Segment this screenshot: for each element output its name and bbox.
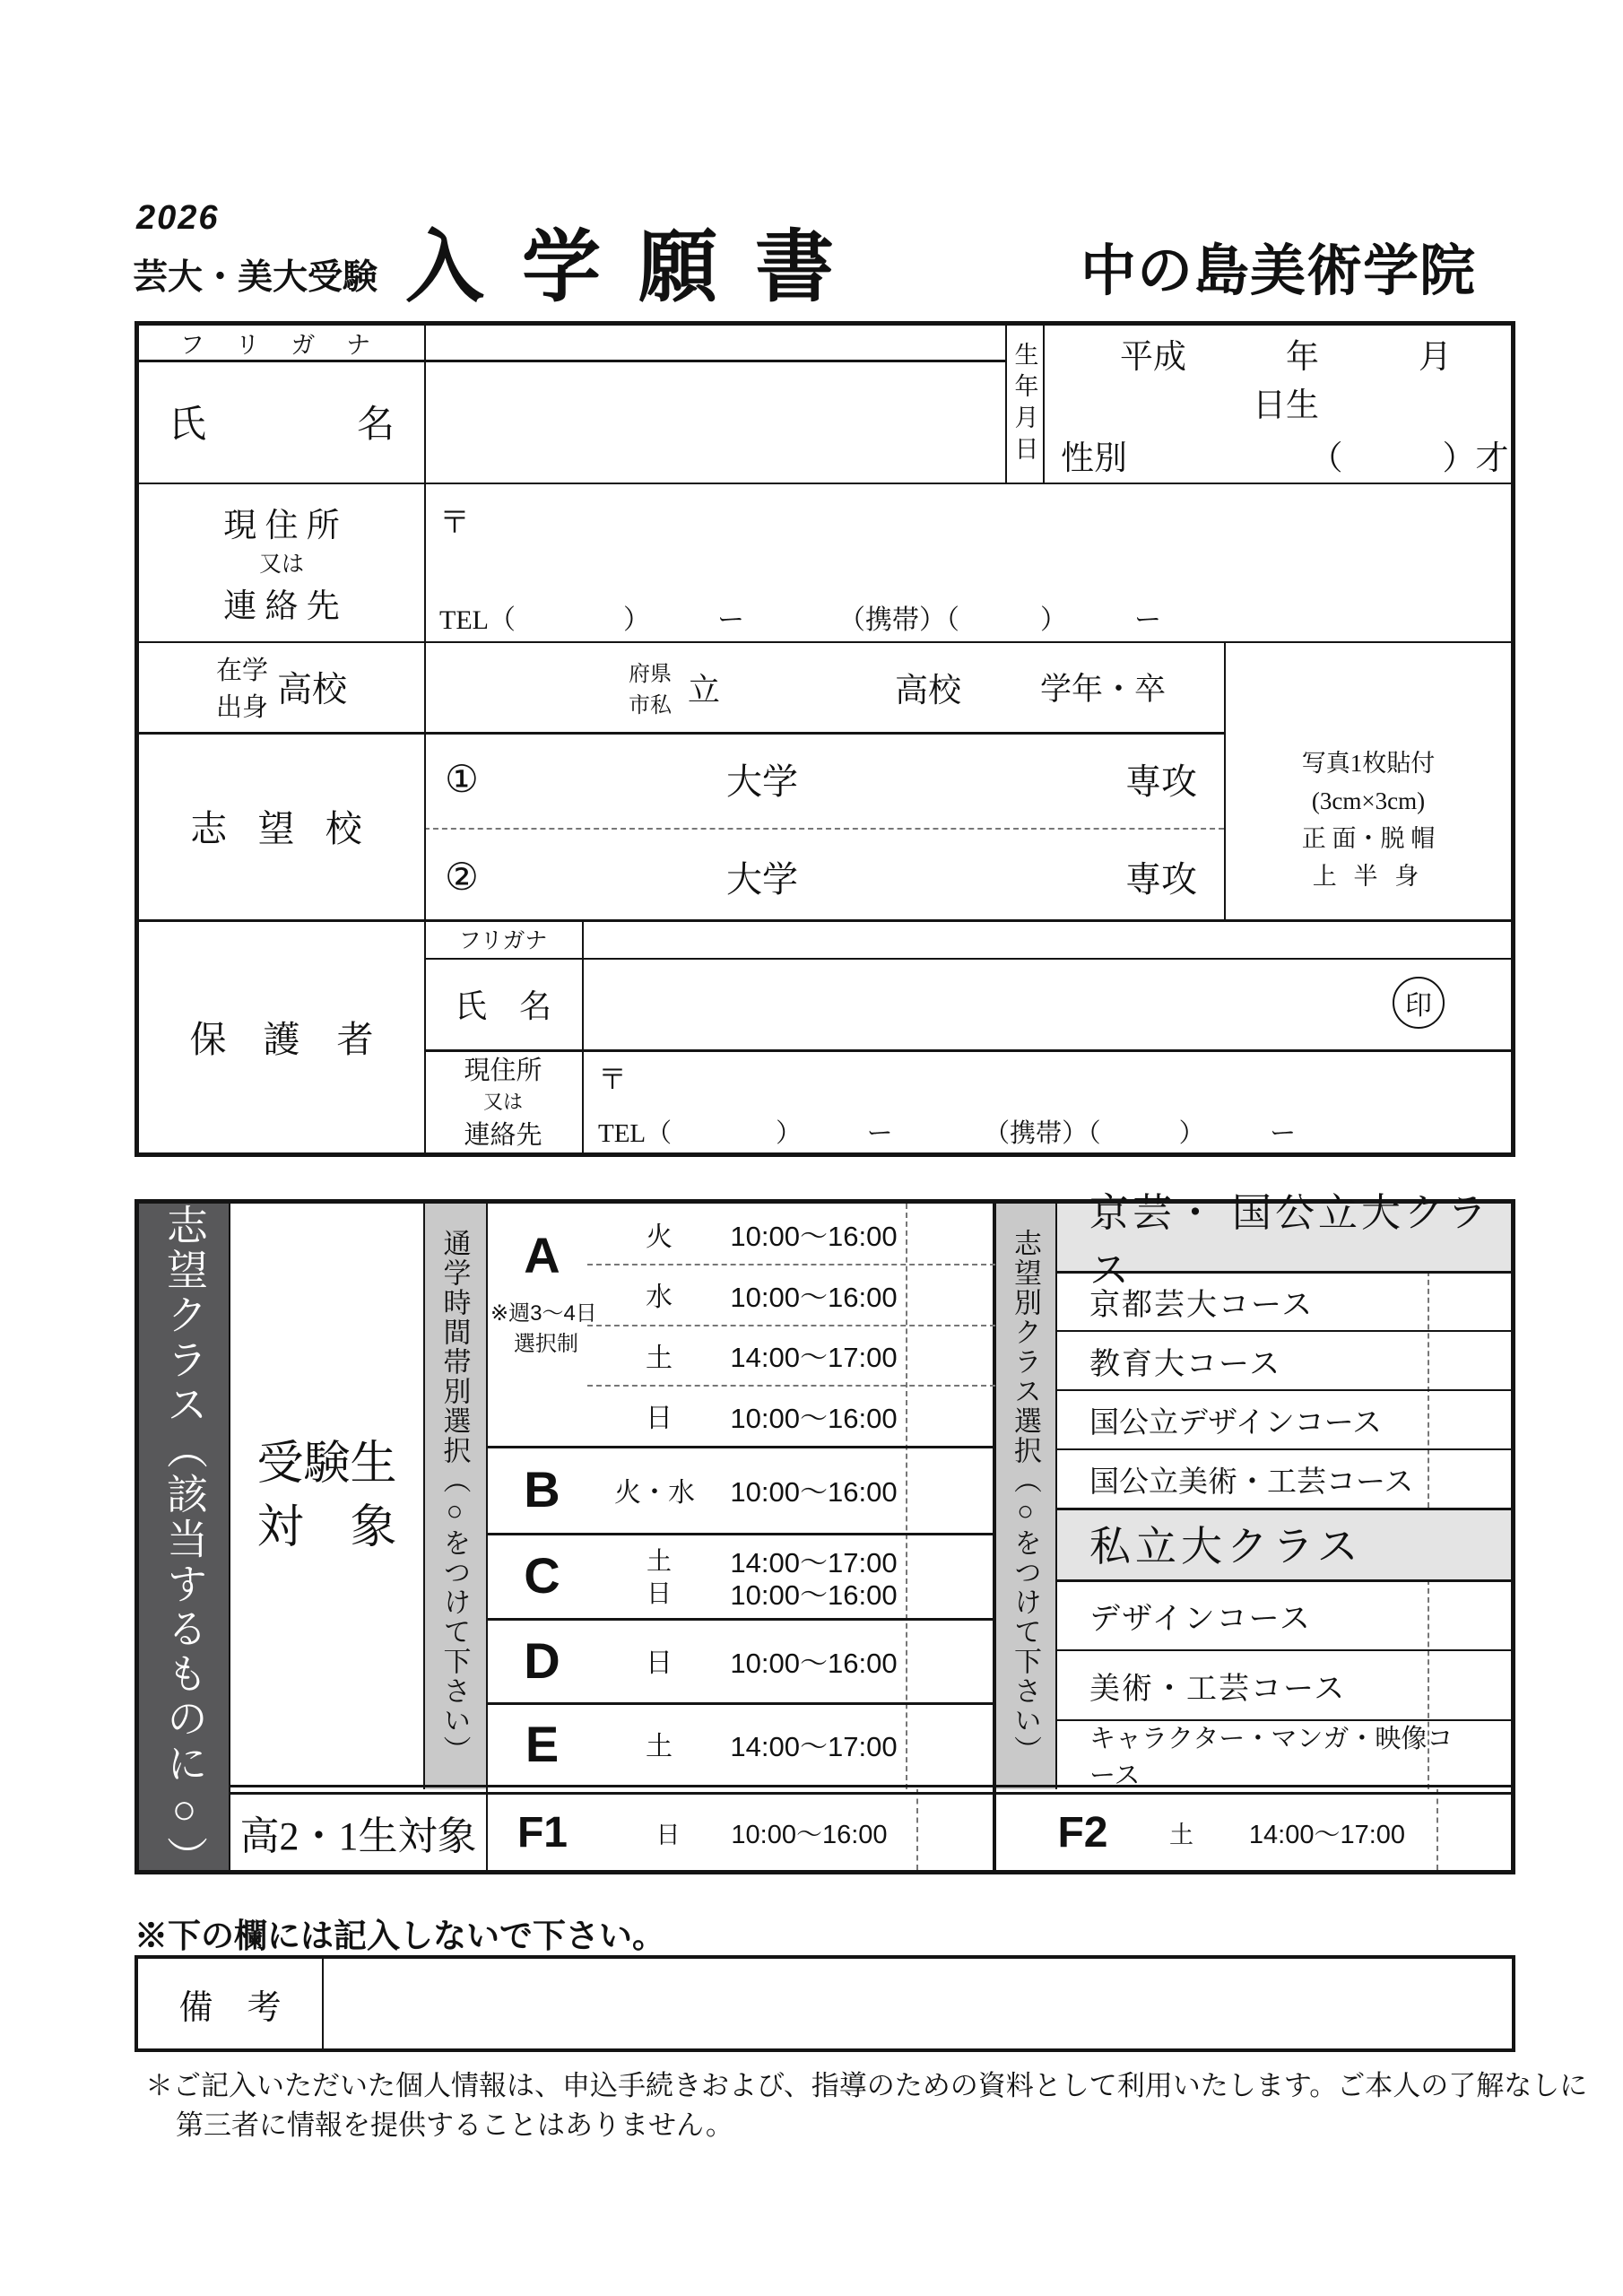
class-a-day-3: 日 [596, 1385, 722, 1446]
course-item[interactable]: 教育大コース [1055, 1332, 1457, 1389]
tel-line[interactable]: TEL（ ） ー （携帯）（ ） ー [439, 597, 1161, 637]
guardian-name-label: 氏 名 [424, 958, 582, 1049]
choice1-input[interactable] [493, 741, 713, 822]
photo-note-line4: 上 半 身 [1313, 858, 1425, 896]
class-f2-letter: F2 [1036, 1795, 1130, 1870]
divider [582, 919, 584, 1152]
address-label-line3: 連 絡 先 [223, 578, 340, 627]
form-title: 入 学 願 書 [405, 204, 843, 317]
guardian-address-label-line3: 連絡先 [464, 1115, 542, 1152]
class-c-letter: C [488, 1533, 596, 1618]
guardian-address-label-line1: 現住所 [464, 1050, 542, 1087]
course-group1-header: 京芸・ 国公立大クラス [1055, 1204, 1506, 1271]
course-item[interactable]: 国公立美術・工芸コース [1055, 1450, 1457, 1508]
address-input[interactable] [498, 491, 1502, 590]
furigana-label: フ リ ガ ナ [139, 326, 424, 360]
divider [424, 1049, 1511, 1052]
class-c-day2: 日 [596, 1574, 722, 1610]
course-item[interactable]: 美術・工芸コース [1055, 1651, 1457, 1719]
class-a-day-0: 火 [596, 1204, 722, 1264]
target-hs-label: 高2・1生対象 [230, 1795, 486, 1870]
highschool-label-line2: 出身 [216, 687, 268, 724]
privacy-note-line2: 第三者に情報を提供することはありません。 [176, 2102, 733, 2143]
class-c-day1: 土 [596, 1542, 722, 1578]
applicant-info-table: フ リ ガ ナ 氏 名 生年月日 平成 年 月 日生 性別 （ ）才 現 住 所… [135, 321, 1515, 1157]
school-name-input[interactable] [731, 646, 888, 728]
name-label: 氏 名 [139, 360, 424, 483]
course-selection-area[interactable] [1429, 1271, 1511, 1789]
class-a-time-1: 10:00～16:00 [722, 1264, 906, 1325]
class-a-day-1: 水 [596, 1264, 722, 1325]
photo-note-line2: (3cm×3cm) [1312, 783, 1425, 821]
guardian-furigana-label: フリガナ [424, 919, 582, 958]
target-examinee-line2: 対 象 [256, 1497, 396, 1560]
sidebar-title: 志望クラス（該当するものに○） [139, 1204, 229, 1870]
remarks-box: 備 考 [135, 1955, 1515, 2052]
guardian-address-label: 現住所 又は 連絡先 [424, 1049, 582, 1152]
class-a-time-2: 14:00～17:00 [722, 1325, 906, 1385]
target-examinee-label: 受験生 対 象 [230, 1204, 423, 1789]
guardian-tel-line[interactable]: TEL（ ） ー （携帯）（ ） ー [598, 1113, 1296, 1150]
target-examinee-line1: 受験生 [256, 1433, 396, 1496]
class-f1-day: 日 [637, 1795, 699, 1870]
photo-note-line3: 正 面・脱 帽 [1302, 821, 1436, 858]
choice1-number: ① [435, 741, 489, 817]
time-select-note: 通学時間帯別選択（○をつけて下さい） [423, 1204, 486, 1789]
birthdate-label: 生年月日 [1005, 326, 1045, 483]
guardian-address-label-line2: 又は [483, 1087, 523, 1115]
class-d-letter: D [488, 1618, 596, 1702]
do-not-fill-note: ※下の欄には記入しないで下さい。 [135, 1909, 665, 1957]
class-c-time2: 10:00～16:00 [722, 1574, 906, 1610]
choice2-number: ② [435, 839, 489, 915]
choice1-major-label: 専攻 [1112, 741, 1211, 817]
class-f2-time: 14:00～17:00 [1224, 1795, 1430, 1870]
choice2-input[interactable] [493, 839, 713, 915]
class-e-day: 土 [596, 1702, 722, 1785]
class-b-day: 火・水 [583, 1446, 726, 1533]
class-a-time-3: 10:00～16:00 [722, 1385, 906, 1446]
application-form-page: 2026 芸大・美大受験 入 学 願 書 中の島美術学院 フ リ ガ ナ 氏 名… [0, 0, 1623, 2296]
seal-mark: 印 [1393, 977, 1445, 1029]
choice2-univ-label: 大学 [713, 839, 811, 915]
course-item[interactable]: 国公立デザインコース [1055, 1391, 1457, 1448]
class-f2-day: 土 [1152, 1795, 1211, 1870]
highschool-label-suffix: 高校 [277, 662, 347, 712]
class-a-note-line1: ※週3～4日 [490, 1295, 597, 1326]
school-grade-label[interactable]: 学年・卒 [1027, 646, 1179, 728]
exam-type-label: 芸大・美大受験 [133, 249, 378, 300]
school-pref-line2: 市私 [629, 687, 672, 718]
guardian-label: 保 護 者 [139, 919, 424, 1152]
guardian-furigana-input[interactable] [587, 919, 1502, 958]
photo-attach-box: 写真1枚貼付 (3cm×3cm) 正 面・脱 帽 上 半 身 [1226, 641, 1511, 919]
course-item[interactable]: 京都芸大コース [1055, 1273, 1457, 1330]
class-f1-letter: F1 [498, 1795, 587, 1870]
guardian-postal-mark: 〒 [598, 1057, 627, 1098]
guardian-name-input[interactable] [587, 962, 1376, 1045]
address-label: 現 住 所 又は 連 絡 先 [139, 483, 424, 641]
class-a-note-line2: 選択制 [514, 1326, 578, 1357]
choice1-univ-label: 大学 [713, 741, 811, 817]
class-b-time: 10:00～16:00 [722, 1446, 906, 1533]
class-f1-time: 10:00～16:00 [713, 1795, 906, 1870]
school-pref-line1: 府県 [629, 656, 672, 687]
address-label-line1: 現 住 所 [223, 498, 340, 546]
class-d-day: 日 [596, 1618, 722, 1702]
school-suffix-label: 高校 [888, 646, 968, 728]
photo-note-line1: 写真1枚貼付 [1302, 745, 1436, 783]
class-b-letter: B [488, 1446, 596, 1533]
school-pref-type: 府県 市私 [623, 646, 677, 728]
divider [424, 828, 1224, 830]
school-name-logo: 中の島美術学院 [1081, 226, 1476, 306]
highschool-label: 在学 出身 高校 [139, 641, 424, 732]
name-input[interactable] [426, 361, 1005, 481]
class-a-letter: A [488, 1222, 596, 1289]
postal-mark: 〒 [439, 498, 470, 542]
time-selection-area[interactable] [907, 1204, 993, 1789]
highschool-label-line1: 在学 [216, 650, 268, 687]
class-a-day-2: 土 [596, 1325, 722, 1385]
course-item[interactable]: デザインコース [1055, 1581, 1457, 1649]
divider [322, 1959, 324, 2048]
school-public-label: 立 [681, 646, 726, 728]
seal-character: 印 [1405, 983, 1432, 1022]
divider [424, 958, 1511, 960]
gender-line: 性別 （ ）才 [1061, 430, 1509, 479]
class-selection-table: 志望クラス（該当するものに○） 受験生 対 象 通学時間帯別選択（○をつけて下さ… [135, 1199, 1515, 1874]
remarks-label: 備 考 [138, 1959, 322, 2048]
f1-selection-area[interactable] [918, 1789, 993, 1870]
class-e-letter: E [488, 1702, 596, 1785]
course-item[interactable]: キャラクター・マンガ・映像コース [1055, 1721, 1457, 1789]
class-select-note: 志望別クラス選択（○をつけて下さい） [995, 1204, 1055, 1789]
class-d-time: 10:00～16:00 [722, 1618, 906, 1702]
desired-school-label: 志 望 校 [139, 732, 424, 919]
class-e-time: 14:00～17:00 [722, 1702, 906, 1785]
birthdate-line: 平成 年 月 日生 [1061, 329, 1511, 426]
form-year: 2026 [136, 199, 220, 238]
choice2-major-label: 専攻 [1112, 839, 1211, 915]
f2-selection-area[interactable] [1438, 1789, 1511, 1870]
furigana-input[interactable] [426, 326, 1005, 360]
privacy-note-line1: ＊ご記入いただいた個人情報は、申込手続きおよび、指導のための資料として利用いたし… [145, 2063, 1587, 2103]
remarks-input[interactable] [326, 1959, 1510, 2048]
birthdate-gender-cell[interactable]: 平成 年 月 日生 性別 （ ）才 [1045, 326, 1511, 483]
address-label-line2: 又は [259, 546, 304, 578]
class-a-time-0: 10:00～16:00 [722, 1204, 906, 1264]
